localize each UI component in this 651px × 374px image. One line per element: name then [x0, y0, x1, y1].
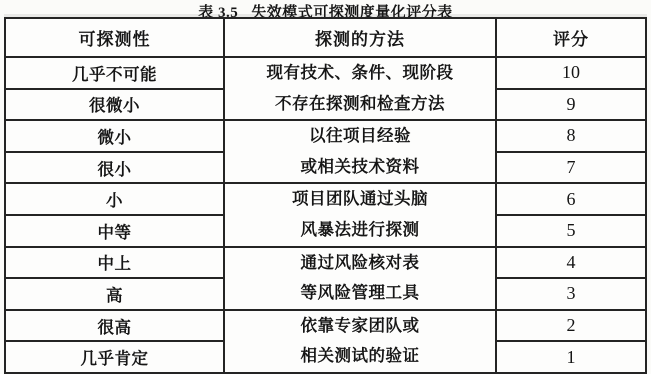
- method-cell: 依靠专家团队或 相关测试的验证: [224, 310, 496, 373]
- score-cell: 9: [496, 89, 646, 121]
- table-row: 很高 依靠专家团队或 相关测试的验证 2: [5, 310, 646, 342]
- header-score: 评分: [496, 18, 646, 57]
- detectability-cell: 中等: [5, 215, 224, 247]
- detectability-score-table: 可探测性 探测的方法 评分 几乎不可能 现有技术、条件、现阶段 不存在探测和检查…: [4, 17, 647, 374]
- detectability-cell: 中上: [5, 247, 224, 279]
- method-cell: 项目团队通过头脑 风暴法进行探测: [224, 183, 496, 246]
- detectability-cell: 微小: [5, 120, 224, 152]
- method-line: 以往项目经验: [225, 121, 495, 152]
- detectability-cell: 很小: [5, 152, 224, 184]
- method-line: 项目团队通过头脑: [225, 184, 495, 215]
- detectability-cell: 几乎肯定: [5, 341, 224, 373]
- table-row: 小 项目团队通过头脑 风暴法进行探测 6: [5, 183, 646, 215]
- method-cell: 通过风险核对表 等风险管理工具: [224, 247, 496, 310]
- table-row: 中上 通过风险核对表 等风险管理工具 4: [5, 247, 646, 279]
- header-method: 探测的方法: [224, 18, 496, 57]
- score-cell: 10: [496, 57, 646, 89]
- method-line: 风暴法进行探测: [225, 215, 495, 246]
- score-cell: 8: [496, 120, 646, 152]
- score-cell: 4: [496, 247, 646, 279]
- detectability-cell: 高: [5, 278, 224, 310]
- detectability-cell: 很微小: [5, 89, 224, 121]
- detectability-cell: 小: [5, 183, 224, 215]
- score-cell: 3: [496, 278, 646, 310]
- method-line: 依靠专家团队或: [225, 311, 495, 342]
- method-line: 等风险管理工具: [225, 278, 495, 309]
- method-cell: 现有技术、条件、现阶段 不存在探测和检查方法: [224, 57, 496, 120]
- method-line: 相关测试的验证: [225, 341, 495, 372]
- detectability-cell: 几乎不可能: [5, 57, 224, 89]
- table-row: 几乎不可能 现有技术、条件、现阶段 不存在探测和检查方法 10: [5, 57, 646, 89]
- header-row: 可探测性 探测的方法 评分: [5, 18, 646, 57]
- method-line: 通过风险核对表: [225, 248, 495, 279]
- method-line: 不存在探测和检查方法: [225, 89, 495, 120]
- score-cell: 5: [496, 215, 646, 247]
- score-cell: 1: [496, 341, 646, 373]
- method-line: 现有技术、条件、现阶段: [225, 58, 495, 89]
- method-line: 或相关技术资料: [225, 152, 495, 183]
- header-detectability: 可探测性: [5, 18, 224, 57]
- score-cell: 2: [496, 310, 646, 342]
- detectability-cell: 很高: [5, 310, 224, 342]
- score-cell: 6: [496, 183, 646, 215]
- score-cell: 7: [496, 152, 646, 184]
- scanned-page: { "title": { "label": "表 3.5", "text": "…: [0, 0, 651, 374]
- method-cell: 以往项目经验 或相关技术资料: [224, 120, 496, 183]
- table-row: 微小 以往项目经验 或相关技术资料 8: [5, 120, 646, 152]
